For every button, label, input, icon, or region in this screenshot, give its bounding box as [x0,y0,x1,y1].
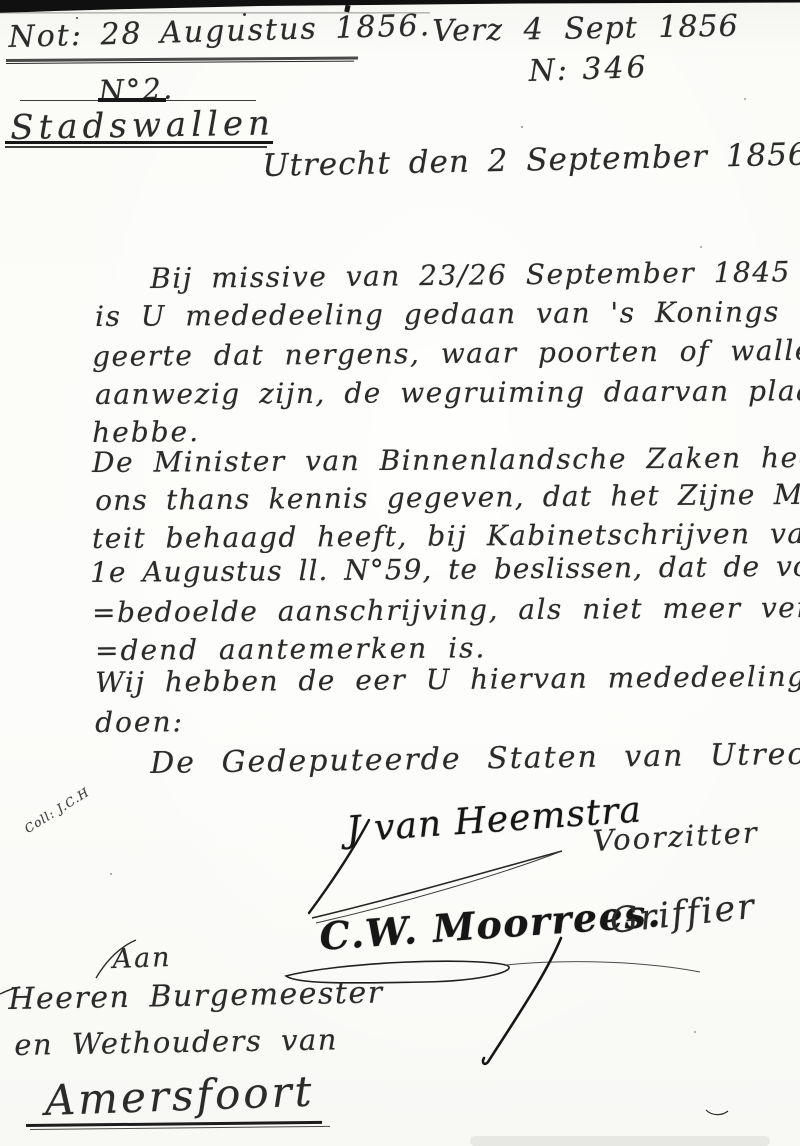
scan-speck [243,13,246,16]
scan-speck [521,126,523,128]
scan-speck [110,873,112,875]
scan-speck [744,98,746,100]
scan-speck [76,17,78,19]
dossier-number: N°2. [98,71,175,108]
received-note: Not: 28 Augustus 1856. [8,8,432,55]
body-line: hebbe. [92,415,200,449]
body-line: =dend aantemerken is. [95,631,486,667]
closing-line: De Gedeputeerde Staten van Utrecht [150,736,800,781]
sent-note: Verz 4 Sept 1856 [432,9,739,49]
scan-speck [694,1031,696,1033]
address-line2: en Wethouders van [14,1022,338,1062]
body-line: De Minister van Binnenlandsche Zaken hee… [92,441,800,479]
subject-underline-2 [5,146,267,148]
body-line: Wij hebben de eer U hiervan mededeeling … [95,659,800,699]
body-line: aanwezig zijn, de wegruiming daarvan pla… [95,374,800,411]
role-voorzitter: Voorzitter [592,815,760,858]
body-line: is U mededeeling gedaan van 's Konings b… [95,295,800,333]
signature2-descender-stroke [483,938,561,1064]
address-city: Amersfoort [44,1067,315,1125]
body-line: doen: [95,705,184,739]
body-line: =bedoelde aanschrijving, als niet meer v… [92,590,800,629]
stray-squiggle [706,1110,728,1115]
address-line1: Heeren Burgemeester [8,975,384,1017]
scan-smudge-bottom [470,1136,770,1146]
letter-page: Not: 28 Augustus 1856. N°2. Stadswallen … [0,0,800,1146]
scan-speck [700,246,702,248]
dossier-number-underline-bold [98,98,166,102]
body-line: Bij missive van 23/26 September 1845 N°4… [150,254,800,295]
subject-underline [5,141,273,144]
address-city-underline-2 [30,1126,330,1131]
address-salutation: Aan [112,942,172,975]
sent-number: N: 346 [528,50,649,89]
dateline: Utrecht den 2 September 1856 [262,137,800,184]
body-line: ons thans kennis gegeven, dat het Zijne … [95,477,800,517]
body-line: 1e Augustus ll. N°59, te beslissen, dat … [90,549,800,589]
margin-collation-note: Coll: J.C.H [22,785,92,836]
body-line: geerte dat nergens, waar poorten of wall… [92,334,800,373]
body-line: teit behaagd heeft, bij Kabinetschrijven… [92,517,800,555]
signature2-tail-line [506,962,700,972]
